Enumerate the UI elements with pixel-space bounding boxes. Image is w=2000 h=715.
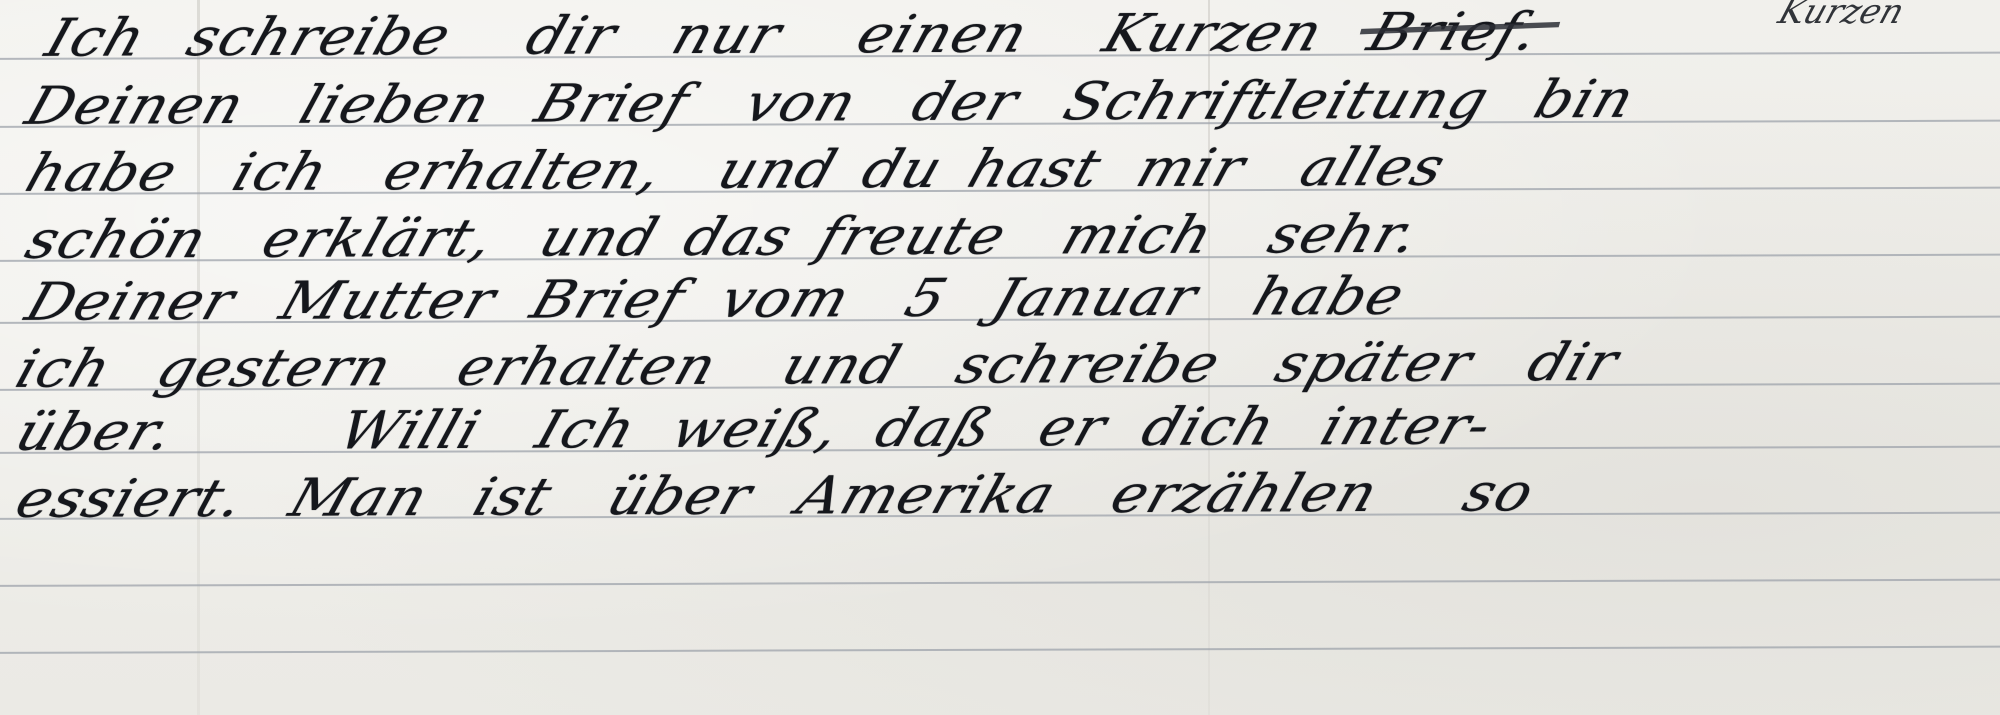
word: inter- bbox=[1315, 399, 1499, 452]
word: über. bbox=[10, 405, 180, 458]
word: Amerika bbox=[791, 468, 1062, 521]
word: Kurzen bbox=[1097, 6, 1329, 59]
word: erhalten bbox=[451, 340, 723, 393]
word: ist bbox=[467, 470, 558, 523]
word: Schriftleitung bbox=[1058, 73, 1496, 127]
word: einen bbox=[851, 7, 1035, 60]
ruled-line bbox=[0, 579, 2000, 587]
word: schön bbox=[20, 213, 214, 266]
word: Mutter bbox=[274, 274, 502, 327]
word: der bbox=[906, 75, 1025, 128]
salutation-name: Willi bbox=[333, 404, 488, 457]
word: essiert. bbox=[10, 472, 251, 525]
word: vom bbox=[714, 272, 856, 325]
word: alles bbox=[1294, 141, 1452, 194]
word: ich bbox=[227, 145, 335, 198]
word: Deinen bbox=[20, 79, 251, 132]
handwritten-line-5: Deiner Mutter Brief vom 5 Januar habe bbox=[20, 270, 1437, 328]
word: weiß, bbox=[665, 402, 846, 455]
word: nur bbox=[666, 9, 788, 62]
ruled-line bbox=[0, 646, 2000, 654]
word: und bbox=[534, 211, 666, 264]
word: mir bbox=[1131, 141, 1252, 194]
word: erzählen bbox=[1105, 467, 1385, 520]
word: später bbox=[1270, 336, 1480, 389]
word: dich bbox=[1136, 400, 1282, 453]
word: freute bbox=[812, 209, 1013, 262]
word: über bbox=[601, 470, 758, 523]
word: Ich bbox=[40, 11, 152, 64]
word: Brief bbox=[530, 77, 696, 130]
word: von bbox=[739, 76, 864, 129]
word: hast bbox=[962, 142, 1108, 195]
word: sehr. bbox=[1263, 208, 1426, 261]
word: schreibe bbox=[181, 10, 457, 63]
struck-word: Brief. bbox=[1362, 5, 1546, 58]
word: Januar bbox=[987, 271, 1205, 324]
word: Ich bbox=[530, 403, 642, 456]
word: dir bbox=[1522, 336, 1625, 389]
word: er bbox=[1032, 401, 1113, 454]
handwritten-line-3: habe ich erhalten, und du hast mir alles bbox=[20, 140, 1478, 199]
word: Deiner bbox=[20, 275, 242, 328]
word: lieben bbox=[294, 78, 497, 131]
handwritten-line-8: essiert. Man ist über Amerika erzählen s… bbox=[10, 466, 1567, 525]
word: Man bbox=[284, 471, 435, 524]
word: habe bbox=[1247, 270, 1411, 323]
word: das bbox=[678, 210, 799, 263]
handwritten-line-6: ich gestern erhalten und schreibe später… bbox=[10, 336, 1651, 395]
letter-page: Kurzen Ich schreibe dir nur einen Kurzen… bbox=[0, 0, 2000, 715]
correction-above-line: Kurzen bbox=[1774, 0, 1910, 32]
word: gestern bbox=[151, 341, 399, 394]
word: schreibe bbox=[950, 337, 1226, 390]
word: und bbox=[776, 339, 908, 392]
word: daß bbox=[870, 401, 1000, 454]
handwritten-line-4: schön erklärt, und das freute mich sehr. bbox=[20, 208, 1452, 266]
word: erklärt, bbox=[256, 212, 501, 265]
word: mich bbox=[1056, 209, 1220, 262]
handwritten-line-7: über. Willi Ich weiß, daß er dich inter- bbox=[10, 399, 1525, 458]
word: Brief bbox=[525, 273, 691, 326]
day-number: 5 bbox=[899, 272, 954, 324]
word: ich bbox=[10, 342, 118, 395]
word: und bbox=[712, 143, 844, 196]
word: habe bbox=[20, 146, 184, 199]
word: du bbox=[856, 143, 949, 196]
word: bin bbox=[1528, 73, 1641, 126]
handwritten-line-1: Ich schreibe dir nur einen Kurzen Brief. bbox=[40, 5, 1572, 64]
word: dir bbox=[520, 9, 623, 62]
word: so bbox=[1457, 466, 1540, 519]
handwritten-line-2: Deinen lieben Brief von der Schriftleitu… bbox=[20, 73, 1667, 132]
word: erhalten, bbox=[378, 144, 670, 197]
